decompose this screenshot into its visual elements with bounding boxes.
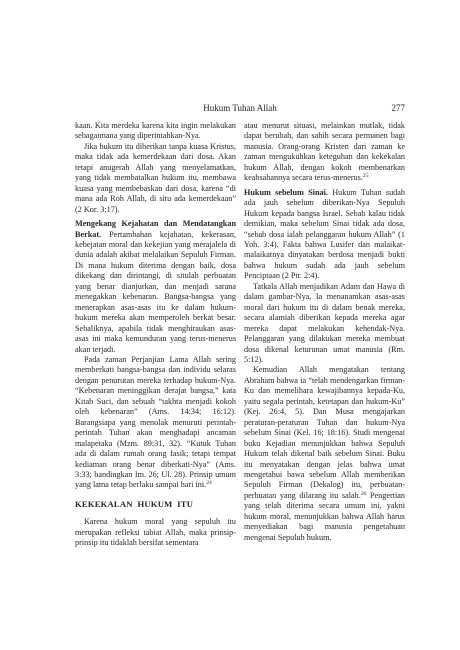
column-left: kaan. Kita merdeka karena kita ingin mel… <box>75 121 236 549</box>
paragraph: Jika hukum itu diberikan tanpa kuasa Kri… <box>75 142 236 215</box>
running-head: Hukum Tuhan Allah 277 <box>75 103 405 114</box>
paragraph-lead-in: Hukum sebelum Sinai. <box>244 188 328 197</box>
body-text: Kemudian Allah mengatakan tentang Abraha… <box>244 365 405 499</box>
body-text: KEKEKALAN HUKUM ITU <box>75 499 193 509</box>
page-number: 277 <box>392 103 406 114</box>
body-text: Pada zaman Perjanjian Lama Allah sering … <box>75 355 236 489</box>
paragraph: Kemudian Allah mengatakan tentang Abraha… <box>244 365 405 543</box>
footnote-reference: 24 <box>206 480 212 486</box>
body-text: Pertambahan kejahatan, kekerasan, kebeja… <box>75 230 236 354</box>
column-right: atau menurut situasi, melainkan mutlak, … <box>244 121 405 549</box>
body-text: atau menurut situasi, melainkan mutlak, … <box>244 121 405 182</box>
page-title: Hukum Tuhan Allah <box>75 103 405 114</box>
paragraph: Tatkala Allah menjadikan Adam dan Hawa d… <box>244 282 405 366</box>
body-text: Tatkala Allah menjadikan Adam dan Hawa d… <box>244 282 405 364</box>
body-text: Karena hukum moral yang sepuluh itu meru… <box>75 517 236 547</box>
paragraph: Mengekang Kejahatan dan Mendatangkan Ber… <box>75 219 236 355</box>
body-text: Jika hukum itu diberikan tanpa kuasa Kri… <box>75 142 236 214</box>
paragraph: Hukum sebelum Sinai. Hukum Tuhan sudah a… <box>244 188 405 282</box>
section-heading: KEKEKALAN HUKUM ITU <box>75 499 236 509</box>
body-text: kaan. Kita merdeka karena kita ingin mel… <box>75 121 236 140</box>
book-page: Hukum Tuhan Allah 277 kaan. Kita merdeka… <box>0 0 460 650</box>
footnote-reference: 25 <box>363 173 369 179</box>
paragraph: Pada zaman Perjanjian Lama Allah sering … <box>75 355 236 491</box>
paragraph: kaan. Kita merdeka karena kita ingin mel… <box>75 121 236 142</box>
paragraph: Karena hukum moral yang sepuluh itu meru… <box>75 517 236 548</box>
text-columns: kaan. Kita merdeka karena kita ingin mel… <box>75 121 405 549</box>
paragraph: atau menurut situasi, melainkan mutlak, … <box>244 121 405 184</box>
body-text: Hukum Tuhan sudah ada jauh sebelum diber… <box>244 188 405 281</box>
